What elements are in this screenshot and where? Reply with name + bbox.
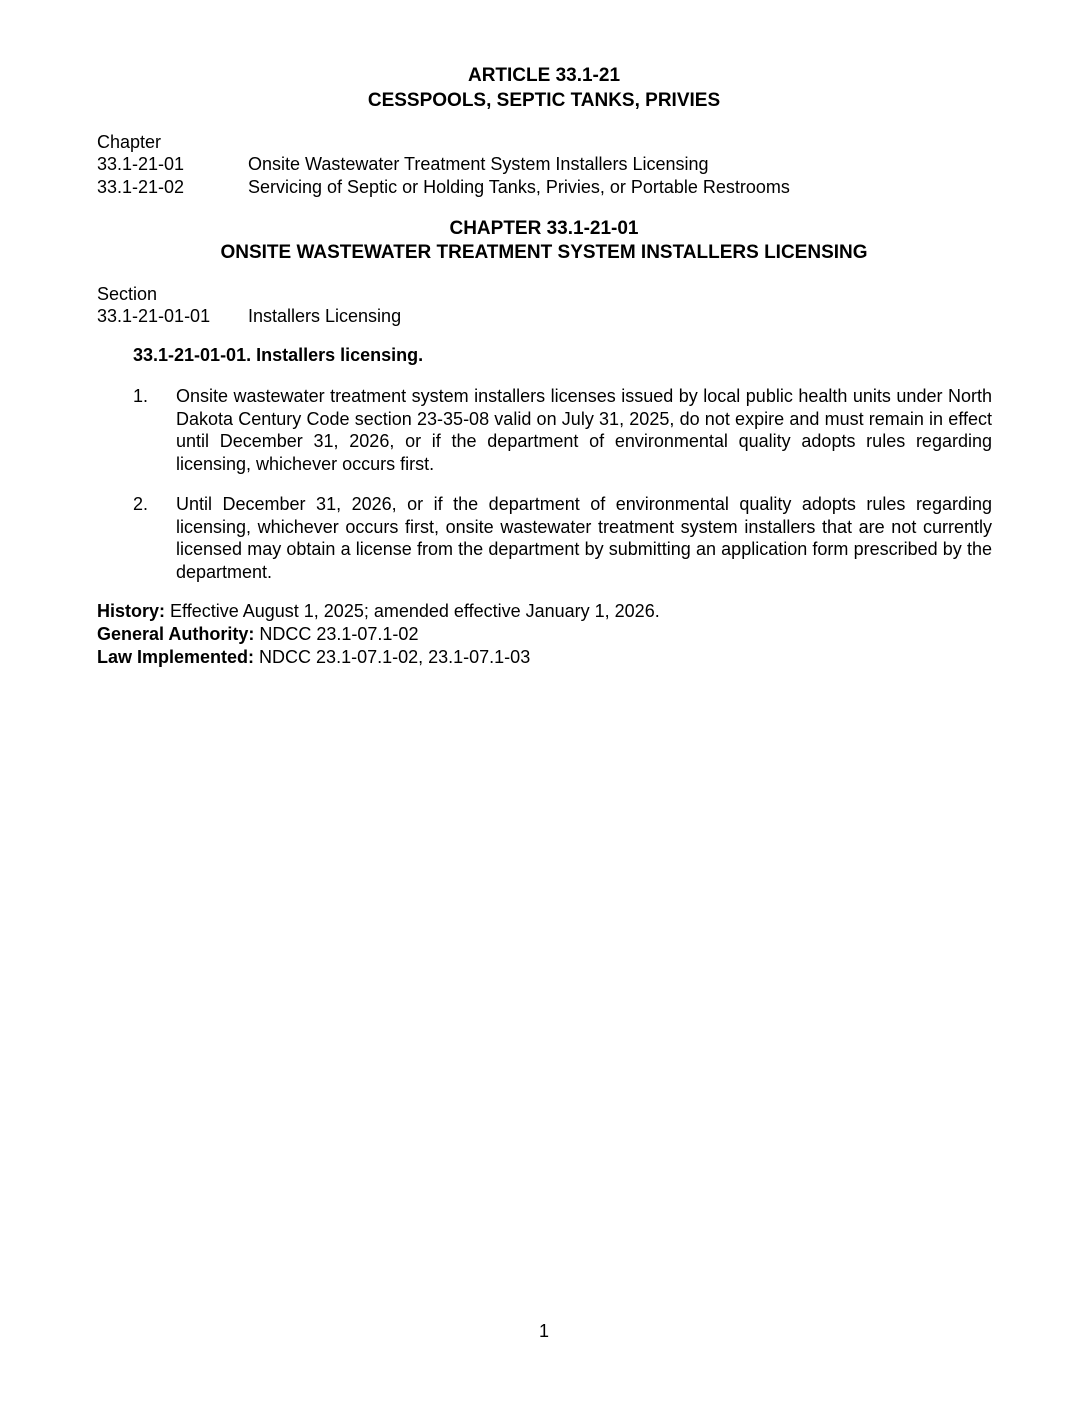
article-number: ARTICLE 33.1-21	[0, 65, 1088, 87]
section-toc-heading: Section	[97, 283, 157, 305]
law-implemented-line: Law Implemented: NDCC 23.1-07.1-02, 23.1…	[97, 646, 530, 668]
list-marker: 2.	[133, 493, 148, 516]
history-text: Effective August 1, 2025; amended effect…	[170, 601, 660, 621]
chapter-toc-entry: 33.1-21-01Onsite Wastewater Treatment Sy…	[97, 153, 709, 175]
history-line: History: Effective August 1, 2025; amend…	[97, 600, 660, 622]
list-item-text: Until December 31, 2026, or if the depar…	[176, 493, 992, 583]
history-label: History:	[97, 601, 165, 621]
law-text: NDCC 23.1-07.1-02, 23.1-07.1-03	[259, 647, 530, 667]
chapter-number: CHAPTER 33.1-21-01	[0, 218, 1088, 240]
list-marker: 1.	[133, 385, 148, 408]
section-toc-title: Installers Licensing	[248, 306, 401, 326]
authority-line: General Authority: NDCC 23.1-07.1-02	[97, 623, 418, 645]
section-heading: 33.1-21-01-01. Installers licensing.	[133, 344, 423, 366]
chapter-toc-title: Servicing of Septic or Holding Tanks, Pr…	[248, 177, 790, 197]
chapter-toc-entry: 33.1-21-02Servicing of Septic or Holding…	[97, 176, 790, 198]
chapter-title: ONSITE WASTEWATER TREATMENT SYSTEM INSTA…	[0, 242, 1088, 264]
article-title: CESSPOOLS, SEPTIC TANKS, PRIVIES	[0, 90, 1088, 112]
authority-label: General Authority:	[97, 624, 254, 644]
chapter-toc-number: 33.1-21-01	[97, 153, 248, 175]
section-toc-entry: 33.1-21-01-01Installers Licensing	[97, 305, 401, 327]
page-number: 1	[0, 1320, 1088, 1342]
list-item-text: Onsite wastewater treatment system insta…	[176, 385, 992, 475]
list-item: 1. Onsite wastewater treatment system in…	[133, 385, 992, 475]
list-item: 2. Until December 31, 2026, or if the de…	[133, 493, 992, 583]
authority-text: NDCC 23.1-07.1-02	[259, 624, 418, 644]
chapter-toc-heading: Chapter	[97, 131, 161, 153]
law-label: Law Implemented:	[97, 647, 254, 667]
chapter-toc-number: 33.1-21-02	[97, 176, 248, 198]
section-toc-number: 33.1-21-01-01	[97, 305, 248, 327]
chapter-toc-title: Onsite Wastewater Treatment System Insta…	[248, 154, 709, 174]
